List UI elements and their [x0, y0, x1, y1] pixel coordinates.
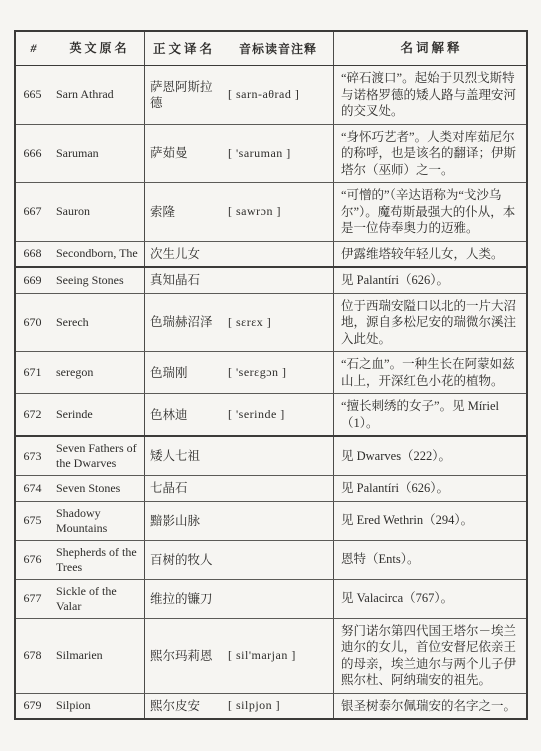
- scanned-glossary-page: # 英文原名 正文译名 音标读音注释 名词解释 665 Sarn Athrad …: [0, 0, 541, 751]
- table-header: # 英文原名 正文译名 音标读音注释 名词解释: [15, 31, 527, 66]
- table-row: 665 Sarn Athrad 萨恩阿斯拉德 [ sarn-aθrad ] “碎…: [15, 66, 527, 125]
- english-name: Sauron: [50, 183, 145, 242]
- phonetic-notation: [ sil'marjan ]: [223, 618, 334, 693]
- chinese-translation: 萨恩阿斯拉德: [145, 66, 224, 125]
- table-row: 674 Seven Stones 七晶石 见 Palantíri（626）。: [15, 476, 527, 502]
- phonetic-notation: [223, 476, 334, 502]
- english-name: Shepherds of the Trees: [50, 540, 145, 579]
- table-body: 665 Sarn Athrad 萨恩阿斯拉德 [ sarn-aθrad ] “碎…: [15, 66, 527, 720]
- english-name: Serech: [50, 293, 145, 352]
- phonetic-notation: [ sɛrɛx ]: [223, 293, 334, 352]
- column-header-index: #: [15, 31, 50, 66]
- chinese-translation: 次生儿女: [145, 241, 224, 267]
- chinese-translation: 百树的牧人: [145, 540, 224, 579]
- term-definition: 努门诺尔第四代国王塔尔－埃兰迪尔的女儿，首位安督尼依亲王的母亲，埃兰迪尔与两个儿…: [334, 618, 528, 693]
- english-name: Silpion: [50, 693, 145, 719]
- term-definition: 见 Valacirca（767）。: [334, 579, 528, 618]
- chinese-translation: 熙尔玛莉恩: [145, 618, 224, 693]
- phonetic-notation: [ 'serinde ]: [223, 394, 334, 437]
- column-header-english: 英文原名: [50, 31, 145, 66]
- entry-number: 673: [15, 436, 50, 476]
- term-definition: “石之血”。一种生长在阿蒙如兹山上，开深红色小花的植物。: [334, 352, 528, 394]
- phonetic-notation: [ silpjon ]: [223, 693, 334, 719]
- chinese-translation: 真知晶石: [145, 267, 224, 293]
- entry-number: 672: [15, 394, 50, 437]
- table-row: 677 Sickle of the Valar 维拉的镰刀 见 Valacirc…: [15, 579, 527, 618]
- term-definition: 银圣树泰尔佩瑞安的名字之一。: [334, 693, 528, 719]
- entry-number: 670: [15, 293, 50, 352]
- table-row: 671 seregon 色瑞刚 [ 'serɛgɔn ] “石之血”。一种生长在…: [15, 352, 527, 394]
- column-header-phonetic: 音标读音注释: [223, 31, 334, 66]
- phonetic-notation: [223, 501, 334, 540]
- column-header-translation: 正文译名: [145, 31, 224, 66]
- term-definition: 见 Palantíri（626）。: [334, 476, 528, 502]
- table-row: 667 Sauron 索隆 [ sawrɔn ] “可憎的”（辛达语称为“戈沙乌…: [15, 183, 527, 242]
- english-name: Seeing Stones: [50, 267, 145, 293]
- term-definition: 恩特（Ents）。: [334, 540, 528, 579]
- glossary-table: # 英文原名 正文译名 音标读音注释 名词解释 665 Sarn Athrad …: [14, 30, 528, 720]
- column-header-definition: 名词解释: [334, 31, 528, 66]
- english-name: Shadowy Mountains: [50, 501, 145, 540]
- table-row: 678 Silmarien 熙尔玛莉恩 [ sil'marjan ] 努门诺尔第…: [15, 618, 527, 693]
- chinese-translation: 色瑞赫沼泽: [145, 293, 224, 352]
- entry-number: 674: [15, 476, 50, 502]
- table-row: 676 Shepherds of the Trees 百树的牧人 恩特（Ents…: [15, 540, 527, 579]
- chinese-translation: 熙尔皮安: [145, 693, 224, 719]
- entry-number: 671: [15, 352, 50, 394]
- chinese-translation: 色瑞刚: [145, 352, 224, 394]
- phonetic-notation: [ 'serɛgɔn ]: [223, 352, 334, 394]
- chinese-translation: 萨茹曼: [145, 124, 224, 183]
- table-row: 673 Seven Fathers of the Dwarves 矮人七祖 见 …: [15, 436, 527, 476]
- english-name: Sarn Athrad: [50, 66, 145, 125]
- term-definition: 见 Ered Wethrin（294）。: [334, 501, 528, 540]
- term-definition: “可憎的”（辛达语称为“戈沙乌尔”）。魔苟斯最强大的仆从，本是一位侍奉奥力的迈雅…: [334, 183, 528, 242]
- chinese-translation: 色林迪: [145, 394, 224, 437]
- table-row: 668 Secondborn, The 次生儿女 伊露维塔较年轻儿女，人类。: [15, 241, 527, 267]
- entry-number: 668: [15, 241, 50, 267]
- chinese-translation: 维拉的镰刀: [145, 579, 224, 618]
- english-name: Secondborn, The: [50, 241, 145, 267]
- term-definition: 见 Dwarves（222）。: [334, 436, 528, 476]
- term-definition: “身怀巧艺者”。人类对库茹尼尔的称呼，也是该名的翻译；伊斯塔尔（巫师）之一。: [334, 124, 528, 183]
- entry-number: 676: [15, 540, 50, 579]
- entry-number: 667: [15, 183, 50, 242]
- english-name: Serinde: [50, 394, 145, 437]
- entry-number: 665: [15, 66, 50, 125]
- term-definition: “擅长刺绣的女子”。见 Míriel（1）。: [334, 394, 528, 437]
- table-row: 679 Silpion 熙尔皮安 [ silpjon ] 银圣树泰尔佩瑞安的名字…: [15, 693, 527, 719]
- chinese-translation: 索隆: [145, 183, 224, 242]
- term-definition: 伊露维塔较年轻儿女，人类。: [334, 241, 528, 267]
- table-row: 669 Seeing Stones 真知晶石 见 Palantíri（626）。: [15, 267, 527, 293]
- english-name: Seven Stones: [50, 476, 145, 502]
- phonetic-notation: [223, 436, 334, 476]
- phonetic-notation: [223, 241, 334, 267]
- phonetic-notation: [223, 540, 334, 579]
- phonetic-notation: [ sawrɔn ]: [223, 183, 334, 242]
- term-definition: 见 Palantíri（626）。: [334, 267, 528, 293]
- entry-number: 679: [15, 693, 50, 719]
- table-row: 675 Shadowy Mountains 黯影山脉 见 Ered Wethri…: [15, 501, 527, 540]
- term-definition: 位于西瑞安隘口以北的一片大沼地，源自多松尼安的瑞微尔溪注入此处。: [334, 293, 528, 352]
- phonetic-notation: [223, 579, 334, 618]
- phonetic-notation: [223, 267, 334, 293]
- table-row: 670 Serech 色瑞赫沼泽 [ sɛrɛx ] 位于西瑞安隘口以北的一片大…: [15, 293, 527, 352]
- english-name: Silmarien: [50, 618, 145, 693]
- entry-number: 678: [15, 618, 50, 693]
- chinese-translation: 黯影山脉: [145, 501, 224, 540]
- entry-number: 669: [15, 267, 50, 293]
- header-row: # 英文原名 正文译名 音标读音注释 名词解释: [15, 31, 527, 66]
- table-row: 666 Saruman 萨茹曼 [ 'saruman ] “身怀巧艺者”。人类对…: [15, 124, 527, 183]
- english-name: Saruman: [50, 124, 145, 183]
- english-name: Sickle of the Valar: [50, 579, 145, 618]
- phonetic-notation: [ 'saruman ]: [223, 124, 334, 183]
- entry-number: 675: [15, 501, 50, 540]
- term-definition: “碎石渡口”。起始于贝烈戈斯特与诺格罗德的矮人路与盖理安河的交叉处。: [334, 66, 528, 125]
- english-name: seregon: [50, 352, 145, 394]
- chinese-translation: 七晶石: [145, 476, 224, 502]
- chinese-translation: 矮人七祖: [145, 436, 224, 476]
- entry-number: 666: [15, 124, 50, 183]
- phonetic-notation: [ sarn-aθrad ]: [223, 66, 334, 125]
- entry-number: 677: [15, 579, 50, 618]
- english-name: Seven Fathers of the Dwarves: [50, 436, 145, 476]
- table-row: 672 Serinde 色林迪 [ 'serinde ] “擅长刺绣的女子”。见…: [15, 394, 527, 437]
